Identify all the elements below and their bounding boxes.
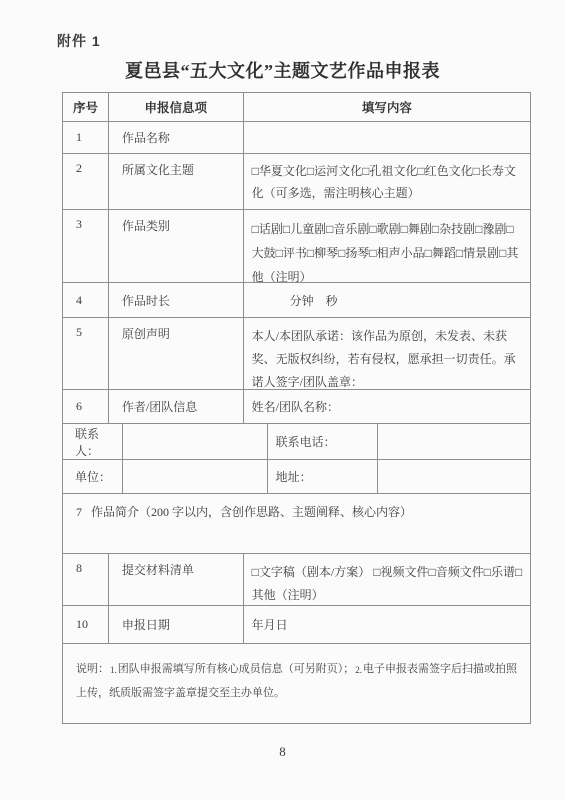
table-row-materials: 8 提交材料清单 □文字稿（剧本/方案） □视频文件□音频文件□乐谱□其他（注明… (63, 554, 531, 606)
row-number: 6 (63, 390, 109, 424)
duration-value-cell: 分钟 秒 (244, 283, 531, 318)
unit-value-cell (123, 460, 268, 494)
date-value-cell: 年月日 (244, 606, 531, 644)
row-number: 1 (63, 122, 109, 154)
materials-options: □文字稿（剧本/方案） □视频文件□音频文件□乐谱□其他（注明） (244, 554, 531, 606)
culture-theme-options: □华夏文化□运河文化□孔祖文化□红色文化□长寿文化（可多选，需注明核心主题） (244, 154, 531, 210)
work-title-value-cell (244, 122, 531, 154)
row-number: 2 (63, 154, 109, 210)
work-category-options: □话剧□儿童剧□音乐剧□歌剧□舞剧□杂技剧□豫剧□大鼓□评书□柳琴□扬琴□相声小… (244, 210, 531, 283)
row-number: 10 (63, 606, 109, 644)
note-number-2: 2. (354, 665, 363, 675)
application-table: 序号 申报信息项 填写内容 1 作品名称 2 所属文化主题 □华夏文化□运河文化… (62, 92, 531, 724)
table-row-work-title: 1 作品名称 (63, 122, 531, 154)
row-label: 作品类别 (109, 210, 244, 283)
address-label: 地址： (268, 460, 379, 494)
table-row-unit-address: 单位： 地址： (63, 460, 531, 494)
author-name-label: 姓名/团队名称： (244, 390, 531, 424)
table-row-work-intro: 7作品简介（200 字以内，含创作思路、主题阐释、核心内容） (63, 494, 531, 554)
table-row-culture-theme: 2 所属文化主题 □华夏文化□运河文化□孔祖文化□红色文化□长寿文化（可多选，需… (63, 154, 531, 210)
row-label: 原创声明 (109, 318, 244, 390)
row-number: 3 (63, 210, 109, 283)
contact-label: 联系人： (63, 424, 123, 460)
note-prefix: 说明： (76, 663, 109, 675)
address-value-cell (378, 460, 531, 494)
page-title: 夏邑县“五大文化”主题文艺作品申报表 (0, 57, 565, 83)
table-row-note: 说明：1.团队申报需填写所有核心成员信息（可另附页）；2.电子申报表需签字后扫描… (63, 644, 531, 724)
work-intro-label: 作品简介（200 字以内，含创作思路、主题阐释、核心内容） (91, 505, 412, 519)
row-label: 申报日期 (109, 606, 244, 644)
row-label: 提交材料清单 (109, 554, 244, 606)
note-text-1: 团队申报需填写所有核心成员信息（可另附页）； (118, 663, 355, 675)
attachment-label: 附件 1 (57, 31, 101, 51)
document-page: 附件 1 夏邑县“五大文化”主题文艺作品申报表 序号 申报信息项 填写内容 1 … (0, 0, 565, 800)
row-label: 作者/团队信息 (109, 390, 244, 424)
table-row-original-declaration: 5 原创声明 本人/本团队承诺：该作品为原创，未发表、未获奖、无版权纠纷，若有侵… (63, 318, 531, 390)
phone-label: 联系电话： (268, 424, 379, 460)
row-label: 所属文化主题 (109, 154, 244, 210)
row-number: 8 (63, 554, 109, 606)
header-serial: 序号 (63, 93, 109, 122)
contact-value-cell (123, 424, 268, 460)
table-row-duration: 4 作品时长 分钟 秒 (63, 283, 531, 318)
row-number: 4 (63, 283, 109, 318)
row-label: 作品名称 (109, 122, 244, 154)
work-intro-cell: 7作品简介（200 字以内，含创作思路、主题阐释、核心内容） (63, 494, 531, 554)
original-declaration-text: 本人/本团队承诺：该作品为原创，未发表、未获奖、无版权纠纷，若有侵权，愿承担一切… (244, 318, 531, 390)
header-item: 申报信息项 (109, 93, 244, 122)
page-number: 8 (0, 744, 565, 760)
table-row-contact: 联系人： 联系电话： (63, 424, 531, 460)
table-header-row: 序号 申报信息项 填写内容 (63, 93, 531, 122)
row-label: 作品时长 (109, 283, 244, 318)
phone-value-cell (378, 424, 531, 460)
row-number: 7 (76, 505, 82, 519)
note-number-1: 1. (109, 665, 118, 675)
header-content: 填写内容 (244, 93, 531, 122)
note-cell: 说明：1.团队申报需填写所有核心成员信息（可另附页）；2.电子申报表需签字后扫描… (63, 644, 531, 724)
table-row-author-info: 6 作者/团队信息 姓名/团队名称： (63, 390, 531, 424)
table-row-work-category: 3 作品类别 □话剧□儿童剧□音乐剧□歌剧□舞剧□杂技剧□豫剧□大鼓□评书□柳琴… (63, 210, 531, 283)
row-number: 5 (63, 318, 109, 390)
table-row-application-date: 10 申报日期 年月日 (63, 606, 531, 644)
unit-label: 单位： (63, 460, 123, 494)
